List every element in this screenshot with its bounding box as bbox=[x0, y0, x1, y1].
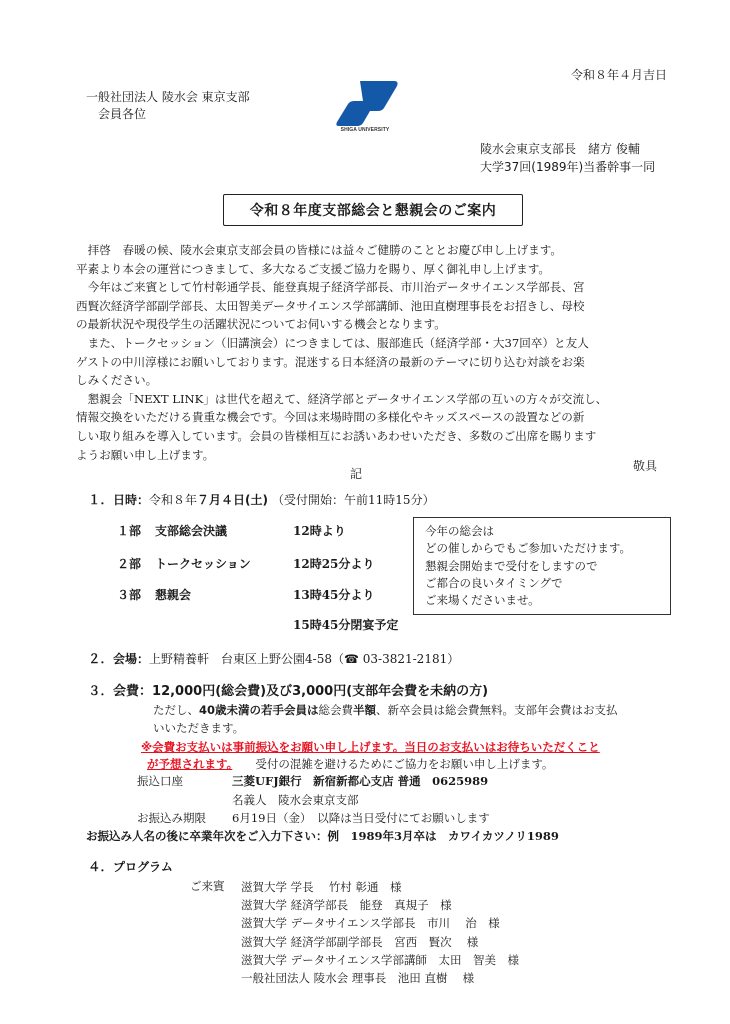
section-number: ３． bbox=[88, 683, 113, 698]
payment-warning-line2: が予想されます。 受付の混雑を避けるためにご協力をお願い申し上げます。 bbox=[147, 756, 553, 772]
fee-note-text: ただし、 bbox=[153, 703, 199, 717]
payment-warning: ※会費お支払いは事前振込をお願い申し上げます。当日のお支払いはお待ちいただくこと bbox=[141, 739, 600, 755]
note-line: 今年の総会は bbox=[425, 523, 670, 540]
section-label: プログラム bbox=[113, 860, 173, 874]
guest-item: 滋賀大学 学長 竹村 彰通 様 bbox=[241, 878, 519, 896]
schedule-time: 12時より bbox=[293, 523, 346, 539]
section-number: ２． bbox=[88, 651, 113, 666]
body-line: しみください。 bbox=[76, 371, 682, 390]
schedule-name: トークセッション bbox=[155, 556, 251, 572]
fee-note-text: 総会費 bbox=[319, 703, 354, 717]
body-line: ゲストの中川淳様にお願いしております。混迷する日本経済の最新のテーマに切り込む対… bbox=[76, 353, 682, 372]
recipient: 会員各位 bbox=[98, 106, 146, 122]
schedule-name: 懇親会 bbox=[155, 587, 191, 603]
body-line: 平素より本会の運営につきまして、多大なるご支援ご協力を賜り、厚く御礼申し上げます… bbox=[76, 260, 682, 279]
section-label: 会場： bbox=[113, 652, 149, 666]
warning-tail: 受付の混雑を避けるためにご協力をお願い申し上げます。 bbox=[232, 757, 553, 771]
deadline-value: 6月19日（金） 以降は当日受付にてお願いします bbox=[232, 810, 490, 826]
section-1-heading: １．日時：令和８年７月４日(土)（受付開始：午前11時15分） bbox=[88, 492, 435, 508]
warning-text: が予想されます。 bbox=[147, 757, 232, 771]
fee-note: ただし、40歳未満の若手会員は総会費半額、新卒会員は総会費無料。支部年会費はお支… bbox=[153, 702, 618, 718]
schedule-time: 12時25分より bbox=[293, 556, 374, 572]
phone-icon: ☎ bbox=[344, 652, 359, 666]
schedule-name: 支部総会決議 bbox=[155, 523, 227, 539]
section-4-heading: ４．プログラム bbox=[88, 859, 173, 875]
guest-item: 滋賀大学 データサイエンス学部講師 太田 智美 様 bbox=[241, 951, 519, 969]
schedule-part: ２部 bbox=[117, 556, 141, 572]
document-title: 令和８年度支部総会と懇親会のご案内 bbox=[223, 194, 523, 226]
guest-item: 滋賀大学 経済学部副学部長 宮西 賢次 様 bbox=[241, 933, 519, 951]
young-member-note: 40歳未満の若手会員は bbox=[199, 703, 319, 717]
fee-amount: 12,000円(総会費)及び3,000円(支部年会費を未納の方) bbox=[152, 684, 488, 699]
schedule-part: ３部 bbox=[117, 587, 141, 603]
note-line: ご来場くださいませ。 bbox=[425, 592, 670, 609]
deadline-label: お振込み期限 bbox=[137, 810, 206, 826]
section-number: ４． bbox=[88, 859, 113, 874]
event-date: ７月４日(土) bbox=[197, 493, 268, 507]
note-line: どの催しからでもご参加いただけます。 bbox=[425, 540, 670, 557]
attendance-note-box: 今年の総会は どの催しからでもご参加いただけます。 懇親会開始まで受付をしますの… bbox=[413, 517, 671, 615]
body-line: 今年はご来賓として竹村彰通学長、能登真規子経済学部長、市川治データサイエンス学部… bbox=[76, 278, 682, 297]
guest-item: 滋賀大学 データサイエンス学部長 市川 治 様 bbox=[241, 914, 519, 932]
account-label: 振込口座 bbox=[137, 773, 183, 789]
closing-time: 15時45分閉宴予定 bbox=[293, 617, 398, 633]
section-label: 日時： bbox=[113, 493, 149, 507]
sender-name: 陵水会東京支部長 緒方 俊輔 bbox=[480, 141, 640, 157]
body-text: 拝啓 春暖の候、陵水会東京支部会員の皆様には益々ご健勝のこととお慶び申し上げます… bbox=[76, 241, 682, 464]
guests-label: ご来賓 bbox=[190, 878, 225, 894]
half-price: 半額 bbox=[353, 703, 376, 717]
note-line: 懇親会開始まで受付をしますので bbox=[425, 558, 670, 575]
schedule-time: 13時45分より bbox=[293, 587, 374, 603]
body-line: 西賢次経済学部副学部長、太田智美データサイエンス学部講師、池田直樹理事長をお招き… bbox=[76, 297, 682, 316]
fee-note-line2: いいただきます。 bbox=[153, 720, 244, 736]
venue-address: 上野精養軒 台東区上野公園4-58（ bbox=[149, 652, 344, 666]
sender-group: 大学37回(1989年)当番幹事一同 bbox=[480, 159, 655, 175]
account-holder: 名義人 陵水会東京支部 bbox=[232, 792, 359, 808]
schedule-part: １部 bbox=[117, 523, 141, 539]
shiga-university-logo-icon bbox=[330, 78, 410, 133]
fee-note-text: 、新卒会員は総会費無料。支部年会費はお支払 bbox=[376, 703, 618, 717]
section-3-heading: ３．会費：12,000円(総会費)及び3,000円(支部年会費を未納の方) bbox=[88, 682, 488, 700]
issue-date: 令和８年４月吉日 bbox=[571, 67, 667, 83]
note-line: ご都合の良いタイミングで bbox=[425, 575, 670, 592]
ki-marker: 記 bbox=[350, 466, 362, 482]
event-date-prefix: 令和８年 bbox=[149, 493, 197, 507]
body-line: ようお願い申し上げます。 bbox=[76, 446, 682, 465]
body-line: の最新状況や現役学生の活躍状況についてお伺いする機会となります。 bbox=[76, 315, 682, 334]
venue-phone: 03-3821-2181） bbox=[359, 652, 459, 666]
body-line: 拝啓 春暖の候、陵水会東京支部会員の皆様には益々ご健勝のこととお慶び申し上げます… bbox=[76, 241, 682, 260]
transfer-instruction: お振込み人名の後に卒業年次をご入力下さい：例 1989年3月卒は カワイカツノリ… bbox=[86, 828, 559, 844]
section-number: １． bbox=[88, 492, 113, 507]
closing-keigu: 敬具 bbox=[633, 458, 657, 474]
guest-item: 滋賀大学 経済学部長 能登 真規子 様 bbox=[241, 896, 519, 914]
body-line: 懇親会「NEXT LINK」は世代を超えて、経済学部とデータサイエンス学部の互い… bbox=[76, 390, 682, 409]
account-value: 三菱UFJ銀行 新宿新都心支店 普通 0625989 bbox=[232, 773, 488, 789]
recipient-org: 一般社団法人 陵水会 東京支部 bbox=[86, 89, 250, 105]
section-label: 会費： bbox=[113, 684, 152, 699]
warning-text: ※会費お支払いは事前振込をお願い申し上げます。当日のお支払いはお待ちいただくこと bbox=[141, 740, 600, 754]
logo-caption: SHIGA UNIVERSITY bbox=[330, 127, 400, 133]
body-line: また、トークセッション（旧講演会）につきましては、服部進氏（経済学部・大37回卒… bbox=[76, 334, 682, 353]
guest-item: 一般社団法人 陵水会 理事長 池田 直樹 様 bbox=[241, 969, 519, 987]
section-2-heading: ２．会場：上野精養軒 台東区上野公園4-58（☎ 03-3821-2181） bbox=[88, 651, 459, 667]
body-line: しい取り組みを導入しています。会員の皆様相互にお誘いあわせいただき、多数のご出席… bbox=[76, 427, 682, 446]
body-line: 情報交換をいただける貴重な機会です。今回は来場時間の多様化やキッズスペースの設置… bbox=[76, 408, 682, 427]
reception-time: （受付開始：午前11時15分） bbox=[272, 493, 435, 507]
guest-list: 滋賀大学 学長 竹村 彰通 様 滋賀大学 経済学部長 能登 真規子 様 滋賀大学… bbox=[241, 878, 519, 987]
